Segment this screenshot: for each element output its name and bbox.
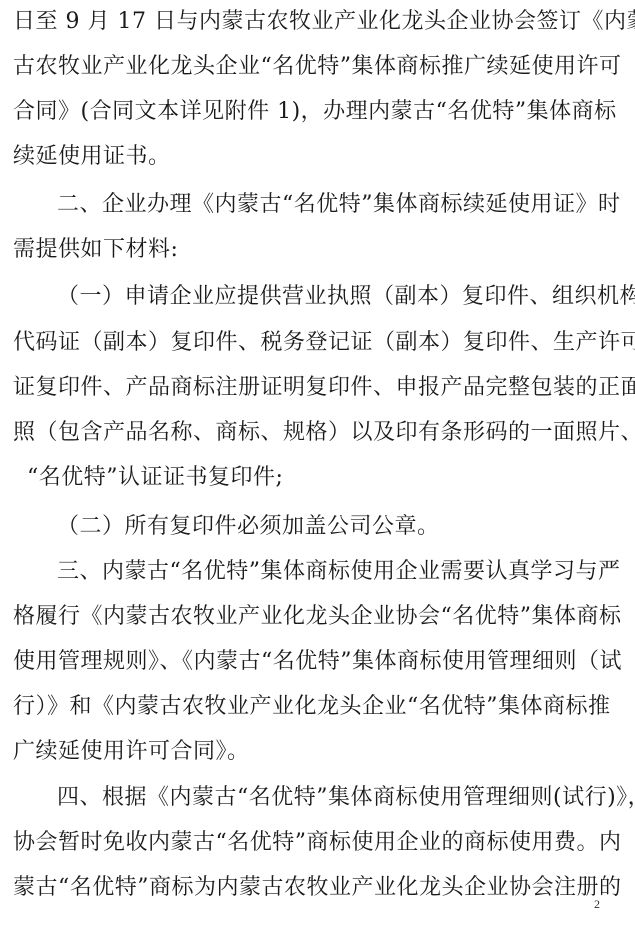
list-item-1: （一）申请企业应提供营业执照（副本）复印件、组织机构 <box>57 282 603 312</box>
text-line: 广续延使用许可合同》。 <box>13 737 603 767</box>
text-line: 使用管理规则》、《内蒙古“名优特”集体商标使用管理细则（试 <box>13 647 603 677</box>
text-line: 照（包含产品名称、商标、规格）以及印有条形码的一面照片、 <box>13 418 603 448</box>
text-line: 蒙古“名优特”商标为内蒙古农牧业产业化龙头企业协会注册的 <box>13 873 603 903</box>
text-line: 合同》(合同文本详见附件 1)，办理内蒙古“名优特”集体商标 <box>13 97 603 127</box>
text-line: 需提供如下材料: <box>13 235 603 265</box>
document-page: 日至 9 月 17 日与内蒙古农牧业产业化龙头企业协会签订《内蒙 古农牧业产业化… <box>0 0 635 929</box>
text-line: 代码证（副本）复印件、税务登记证（副本）复印件、生产许可 <box>13 328 603 358</box>
text-line: “名优特”认证证书复印件; <box>27 463 603 493</box>
section-heading-3: 三、内蒙古“名优特”集体商标使用企业需要认真学习与严 <box>57 557 603 587</box>
section-heading-4: 四、根据《内蒙古“名优特”集体商标使用管理细则(试行)》， <box>57 783 603 813</box>
text-line: 行）》和《内蒙古农牧业产业化龙头企业“名优特”集体商标推 <box>13 692 603 722</box>
text-line: 日至 9 月 17 日与内蒙古农牧业产业化龙头企业协会签订《内蒙 <box>13 7 603 37</box>
section-heading-2: 二、企业办理《内蒙古“名优特”集体商标续延使用证》时 <box>57 190 603 220</box>
text-line: 格履行《内蒙古农牧业产业化龙头企业协会“名优特”集体商标 <box>13 602 603 632</box>
list-item-2: （二）所有复印件必须加盖公司公章。 <box>57 512 603 542</box>
page-number: 2 <box>594 897 600 912</box>
text-line: 协会暂时免收内蒙古“名优特”商标使用企业的商标使用费。内 <box>13 828 603 858</box>
text-line: 证复印件、产品商标注册证明复印件、申报产品完整包装的正面 <box>13 373 603 403</box>
text-line: 古农牧业产业化龙头企业“名优特”集体商标推广续延使用许可 <box>13 52 603 82</box>
text-line: 续延使用证书。 <box>13 142 603 172</box>
